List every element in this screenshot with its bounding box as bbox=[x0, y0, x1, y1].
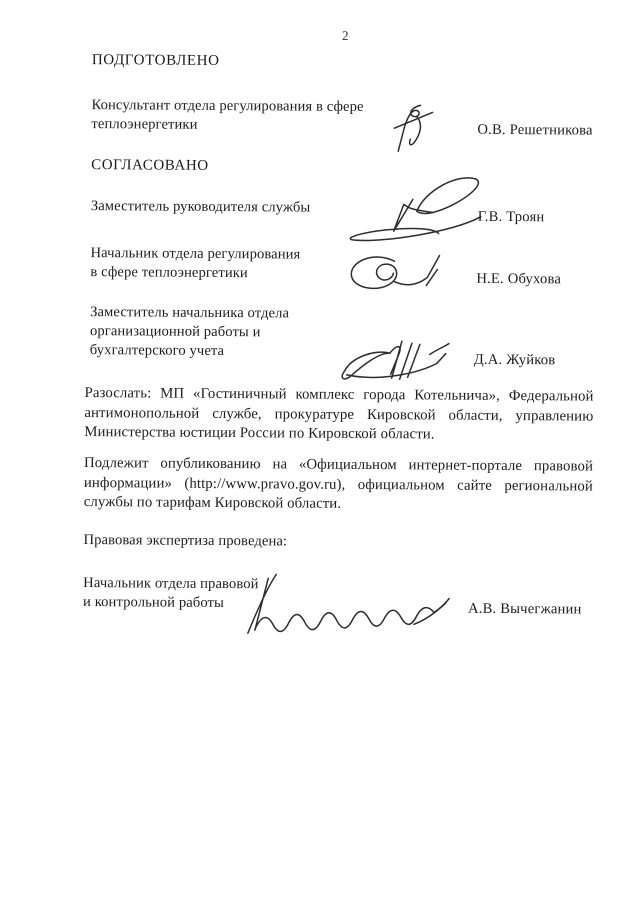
troyan-signature-icon bbox=[341, 169, 490, 252]
title-line: в сфере теплоэнергетики bbox=[90, 263, 300, 283]
paragraph-line: Министерства юстиции России по Кировской… bbox=[84, 423, 593, 446]
title-line: Заместитель начальника отдела bbox=[90, 303, 289, 323]
signatory-title: Начальник отдела регулирования в сфере т… bbox=[90, 244, 300, 283]
zhuykov-signature-icon bbox=[340, 332, 452, 387]
paragraph-line: службы по тарифам Кировской области. bbox=[84, 493, 593, 516]
signatory-title: Консультант отдела регулирования в сфере… bbox=[91, 96, 363, 136]
title-line: организационной работы и bbox=[90, 322, 289, 342]
agreed-heading: СОГЛАСОВАНО bbox=[91, 157, 209, 175]
signatory-title: Заместитель руководителя службы bbox=[91, 197, 311, 218]
signatory-name: Г.В. Троян bbox=[478, 209, 545, 226]
title-line: Начальник отдела правовой bbox=[83, 574, 258, 594]
prepared-heading: ПОДГОТОВЛЕНО bbox=[92, 52, 220, 70]
obukhova-signature-icon bbox=[340, 249, 448, 298]
title-line: Заместитель руководителя службы bbox=[91, 197, 311, 218]
title-line: бухгалтерского учета bbox=[90, 341, 289, 361]
legal-review-heading: Правовая экспертиза проведена: bbox=[83, 531, 287, 551]
vychegzhanin-signature-icon bbox=[244, 571, 452, 636]
document-page: 2 ПОДГОТОВЛЕНО Консультант отдела регули… bbox=[0, 0, 640, 905]
publication-paragraph: Подлежит опубликованию на «Официальном и… bbox=[84, 454, 593, 516]
page-number: 2 bbox=[342, 28, 349, 44]
title-line: и контрольной работы bbox=[83, 593, 258, 613]
signatory-name: О.В. Решетникова bbox=[477, 122, 592, 140]
reshetnikova-signature-icon bbox=[387, 101, 437, 156]
scanned-content: 2 ПОДГОТОВЛЕНО Консультант отдела регули… bbox=[0, 0, 640, 905]
signatory-name: А.В. Вычегжанин bbox=[468, 601, 582, 619]
title-line: теплоэнергетики bbox=[91, 115, 363, 136]
title-line: Консультант отдела регулирования в сфере bbox=[91, 96, 363, 117]
title-line: Начальник отдела регулирования bbox=[90, 244, 300, 264]
mailing-paragraph: Разослать: МП «Гостиничный комплекс горо… bbox=[84, 384, 593, 446]
signatory-title: Заместитель начальника отдела организаци… bbox=[90, 303, 289, 361]
signatory-title: Начальник отдела правовой и контрольной … bbox=[83, 574, 259, 613]
signatory-name: Н.Е. Обухова bbox=[476, 271, 561, 289]
signatory-name: Д.А. Жуйков bbox=[474, 352, 556, 370]
